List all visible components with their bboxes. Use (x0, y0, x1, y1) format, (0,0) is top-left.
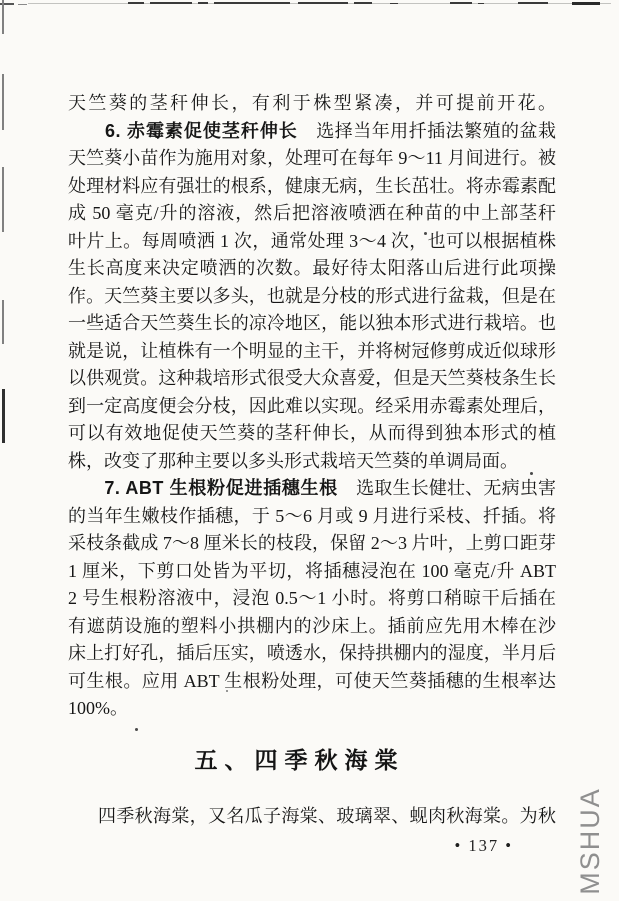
scan-artifact-dash (354, 2, 372, 4)
next-section-text-block: 四季秋海棠，又名瓜子海棠、玻璃翠、蚬肉秋海棠。为秋海 (68, 803, 556, 831)
text-line: 可生根。应用 ABT 生根粉处理，可使天竺葵插穗的生根率达 (68, 668, 556, 696)
text-line: 以供观赏。这种栽培形式很受大众喜爱，但是天竺葵枝条生长 (68, 365, 556, 393)
text-segment: 到一定高度便会分枝，因此难以实现。经采用赤霉素处理后， (68, 396, 556, 416)
text-segment: 2 号生根粉溶液中，浸泡 0.5～1 小时。将剪口稍晾干后插在 (68, 588, 556, 608)
text-line: 7. ABT 生根粉促进插穗生根 选取生长健壮、无病虫害 (68, 475, 556, 503)
text-segment: 作。天竺葵主要以多头，也就是分枝的形式进行盆栽，但是在 (68, 286, 556, 306)
text-line: 100%。 (68, 695, 556, 723)
scan-artifact-dash (198, 2, 208, 4)
scan-artifact-dash (150, 2, 192, 4)
scan-artifact-left-line (2, 389, 5, 443)
text-segment: 生长高度来决定喷洒的次数。最好待太阳落山后进行此项操 (68, 258, 556, 278)
text-segment (68, 121, 105, 141)
watermark-text: MSHUA (575, 779, 605, 901)
text-segment: 床上打好孔，插后压实，喷透水，保持拱棚内的湿度，半月后即 (68, 643, 556, 668)
text-segment: 株，改变了那种主要以多头形式栽培天竺葵的单调局面。 (68, 451, 518, 471)
text-segment: 的当年生嫩枝作插穗，于 5～6 月或 9 月进行采枝、扦插。将所 (68, 506, 556, 531)
text-line: 生长高度来决定喷洒的次数。最好待太阳落山后进行此项操 (68, 255, 556, 283)
scan-artifact-left-line (2, 300, 4, 344)
text-segment: 1 厘米，下剪口处皆为平切，将插穗浸泡在 100 毫克/升 ABT (68, 561, 556, 581)
text-line: 处理材料应有强壮的根系，健康无病，生长茁壮。将赤霉素配 (68, 173, 556, 201)
main-text-block: 天竺葵的茎秆伸长，有利于株型紧凑，并可提前开花。 6. 赤霉素促使茎秆伸长 选择… (68, 90, 556, 723)
scan-artifact-dash (450, 2, 472, 4)
text-segment: 四季秋海棠，又名瓜子海棠、玻璃翠、蚬肉秋海棠。为秋海 (68, 806, 556, 831)
text-line: 就是说，让植株有一个明显的主干，并将树冠修剪成近似球形 (68, 338, 556, 366)
text-line: 株，改变了那种主要以多头形式栽培天竺葵的单调局面。 (68, 448, 556, 476)
text-segment: 选取生长健壮、无病虫害 (338, 478, 556, 498)
scan-artifact-dash (128, 2, 144, 4)
text-segment: 选择当年用扦插法繁殖的盆栽 (298, 121, 556, 141)
text-line: 6. 赤霉素促使茎秆伸长 选择当年用扦插法繁殖的盆栽 (68, 118, 556, 146)
scan-artifact-dash (572, 2, 600, 5)
inline-heading: 6. 赤霉素促使茎秆伸长 (105, 121, 298, 141)
text-segment: 可生根。应用 ABT 生根粉处理，可使天竺葵插穗的生根率达 (68, 671, 556, 691)
text-line: 作。天竺葵主要以多头，也就是分枝的形式进行盆栽，但是在 (68, 283, 556, 311)
text-line: 叶片上。每周喷洒 1 次，通常处理 3～4 次，也可以根据植株的 (68, 228, 556, 256)
text-segment: 就是说，让植株有一个明显的主干，并将树冠修剪成近似球形 (68, 341, 556, 361)
page-number: • 137 • (0, 836, 513, 856)
scan-artifact-dash (214, 2, 290, 4)
text-line: 天竺葵的茎秆伸长，有利于株型紧凑，并可提前开花。 (68, 90, 556, 118)
scan-artifact-dash (390, 3, 398, 4)
text-line: 1 厘米，下剪口处皆为平切，将插穗浸泡在 100 毫克/升 ABT (68, 558, 556, 586)
text-segment: 一些适合天竺葵生长的凉冷地区，能以独本形式进行栽培。也 (68, 313, 556, 333)
scan-artifact-dash (18, 4, 27, 5)
text-segment (68, 478, 104, 498)
text-segment: 天竺葵的茎秆伸长，有利于株型紧凑，并可提前开花。 (68, 93, 556, 113)
text-segment: 100%。 (68, 698, 128, 718)
text-line: 到一定高度便会分枝，因此难以实现。经采用赤霉素处理后， (68, 393, 556, 421)
text-line: 一些适合天竺葵生长的凉冷地区，能以独本形式进行栽培。也 (68, 310, 556, 338)
text-line: 床上打好孔，插后压实，喷透水，保持拱棚内的湿度，半月后即 (68, 640, 556, 668)
text-line: 有遮荫设施的塑料小拱棚内的沙床上。插前应先用木棒在沙 (68, 613, 556, 641)
text-line: 的当年生嫩枝作插穗，于 5～6 月或 9 月进行采枝、扦插。将所 (68, 503, 556, 531)
text-line: 可以有效地促使天竺葵的茎秆伸长，从而得到独本形式的植 (68, 420, 556, 448)
text-line: 2 号生根粉溶液中，浸泡 0.5～1 小时。将剪口稍晾干后插在 (68, 585, 556, 613)
text-line: 四季秋海棠，又名瓜子海棠、玻璃翠、蚬肉秋海棠。为秋海 (68, 803, 556, 831)
text-line: 成 50 毫克/升的溶液，然后把溶液喷洒在种苗的中上部茎秆 (68, 200, 556, 228)
scan-artifact-dash (298, 2, 348, 4)
text-line: 采枝条截成 7～8 厘米长的枝段，保留 2～3 片叶，上剪口距芽 (68, 530, 556, 558)
text-segment: 采枝条截成 7～8 厘米长的枝段，保留 2～3 片叶，上剪口距芽 (68, 533, 556, 553)
text-line: 天竺葵小苗作为施用对象，处理可在每年 9～11 月间进行。被 (68, 145, 556, 173)
text-segment: 有遮荫设施的塑料小拱棚内的沙床上。插前应先用木棒在沙 (68, 616, 556, 636)
text-segment: 成 50 毫克/升的溶液，然后把溶液喷洒在种苗的中上部茎秆 (68, 203, 556, 223)
text-segment: 以供观赏。这种栽培形式很受大众喜爱，但是天竺葵枝条生长 (68, 368, 556, 388)
scan-artifact-dash (478, 3, 484, 4)
text-segment: 叶片上。每周喷洒 1 次，通常处理 3～4 次，也可以根据植株的 (68, 231, 556, 256)
text-segment: 可以有效地促使天竺葵的茎秆伸长，从而得到独本形式的植 (68, 423, 556, 443)
text-segment: 处理材料应有强壮的根系，健康无病，生长茁壮。将赤霉素配 (68, 176, 556, 196)
text-segment: 天竺葵小苗作为施用对象，处理可在每年 9～11 月间进行。被 (68, 148, 556, 168)
section-heading: 五、四季秋海棠 (0, 742, 599, 775)
book-page: 天竺葵的茎秆伸长，有利于株型紧凑，并可提前开花。 6. 赤霉素促使茎秆伸长 选择… (0, 0, 619, 901)
scan-artifact-left-line (2, 0, 4, 34)
scan-artifact-dash (518, 2, 548, 4)
scan-artifact-left-line (2, 167, 4, 232)
ink-speck (135, 728, 138, 731)
inline-heading: 7. ABT 生根粉促进插穗生根 (104, 478, 337, 498)
scan-artifact-left-line (2, 74, 4, 130)
